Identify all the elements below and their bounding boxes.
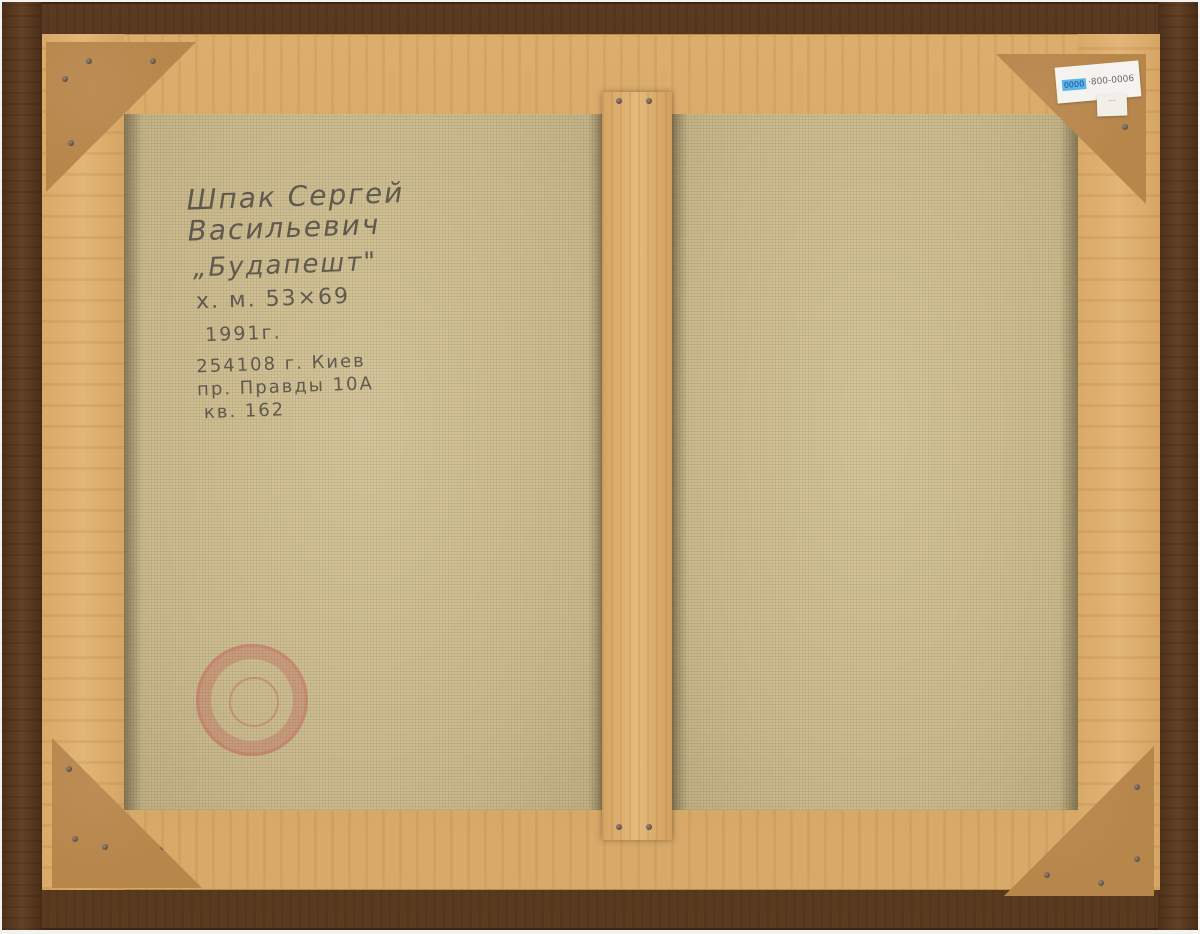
inventory-text: ·800-0006	[1088, 74, 1135, 88]
nail-icon	[1122, 124, 1128, 130]
nail-icon	[150, 58, 156, 64]
stamp-emblem-icon	[229, 677, 279, 727]
nail-icon	[72, 836, 78, 842]
canvas-back-right	[670, 114, 1078, 810]
pencil-inscription: Шпак Сергей Васильевич „Будапешт" х. м. …	[186, 172, 514, 423]
nail-icon	[1134, 856, 1140, 862]
small-sticker-text: …	[1108, 95, 1115, 103]
medium-and-size: х. м. 53×69	[196, 278, 511, 314]
nail-icon	[1098, 880, 1104, 886]
inventory-code: 0000	[1061, 78, 1086, 91]
nail-icon	[68, 140, 74, 146]
nail-icon	[646, 824, 652, 830]
nail-icon	[86, 58, 92, 64]
nail-icon	[646, 98, 652, 104]
nail-icon	[102, 844, 108, 850]
nail-icon	[616, 824, 622, 830]
frame-left-side	[2, 2, 42, 930]
small-sticker: …	[1097, 93, 1128, 116]
center-crossbar	[602, 92, 672, 840]
nail-icon	[62, 76, 68, 82]
nail-icon	[1134, 784, 1140, 790]
frame-right-side	[1158, 2, 1198, 930]
nail-icon	[1044, 872, 1050, 878]
nail-icon	[66, 766, 72, 772]
nail-icon	[616, 98, 622, 104]
red-round-stamp	[196, 644, 308, 756]
year: 1991г.	[205, 313, 512, 346]
artwork-title: „Будапешт"	[192, 242, 509, 283]
